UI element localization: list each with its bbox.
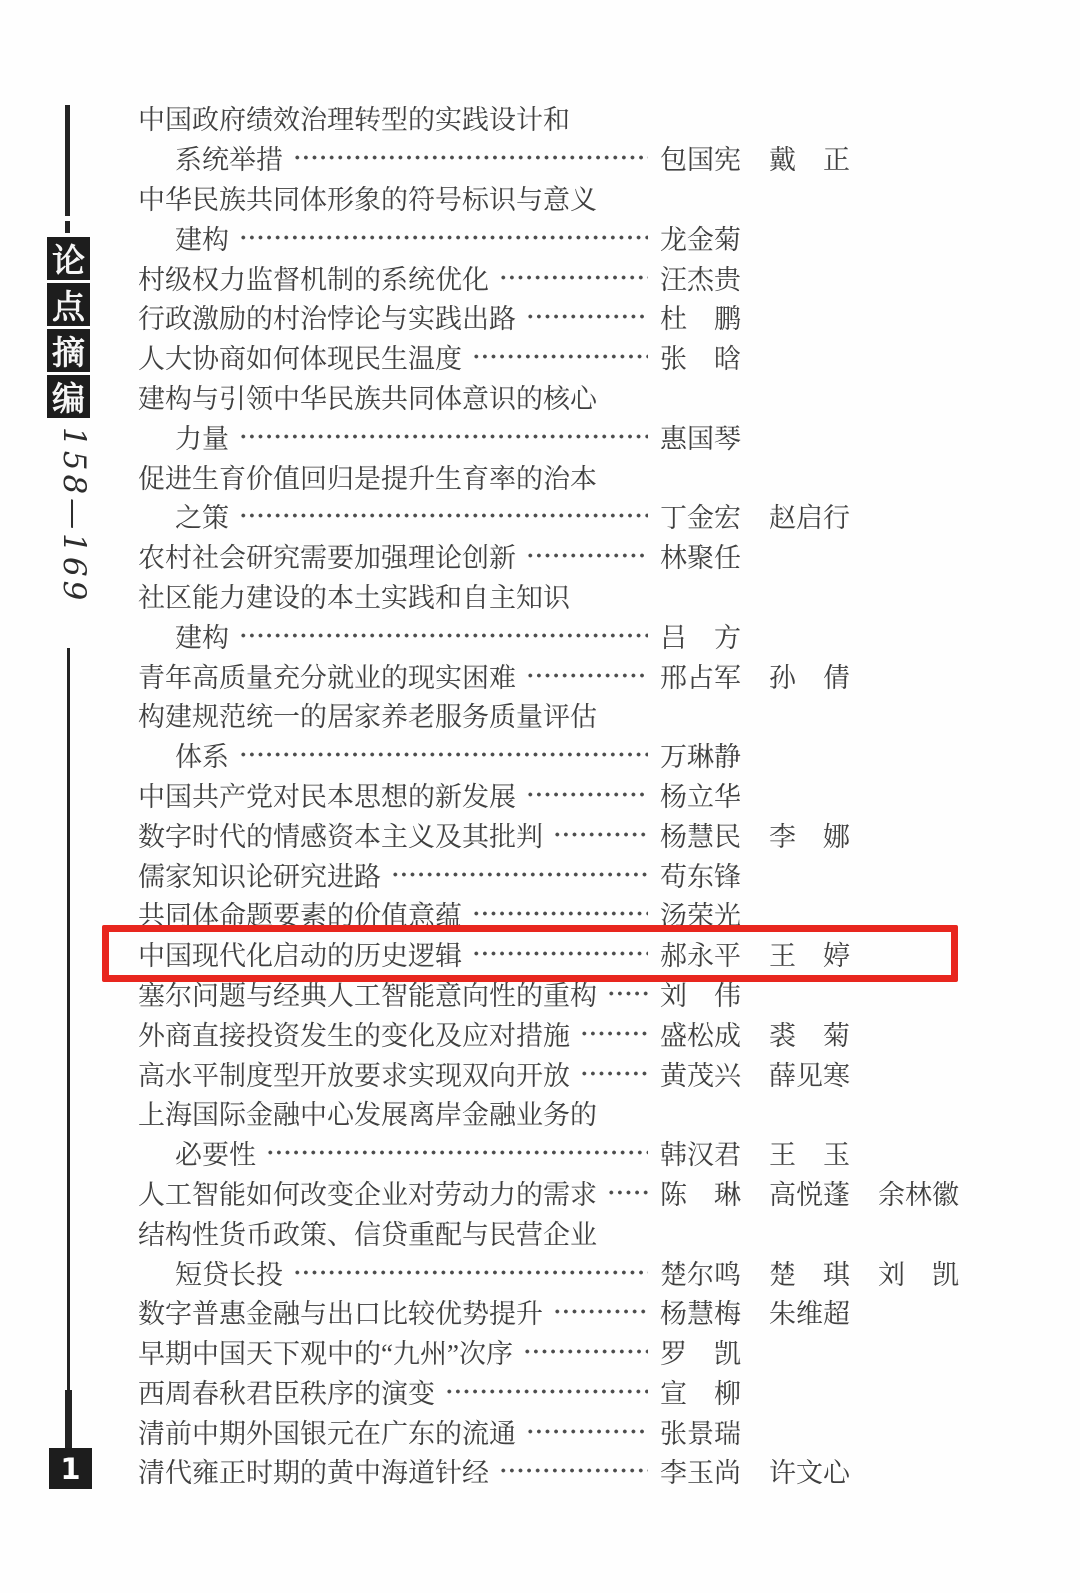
- toc-entry-row: 建构吕 方: [138, 615, 998, 655]
- author-name: 宣 柳: [660, 1372, 741, 1411]
- toc-entry-row: 数字时代的情感资本主义及其批判杨慧民李 娜: [138, 814, 998, 854]
- entry-lead: 建构与引领中华民族共同体意识的核心: [138, 377, 650, 416]
- toc-entry-row: 人工智能如何改变企业对劳动力的需求陈 琳高悦蓬余林徽: [138, 1173, 998, 1213]
- author-name: 楚尔鸣: [660, 1253, 741, 1292]
- author-name: 韩汉君: [660, 1133, 741, 1172]
- entry-authors: 龙金菊: [660, 218, 741, 257]
- toc-entry-row: 外商直接投资发生的变化及应对措施盛松成裘 菊: [138, 1013, 998, 1053]
- toc-entry-row: 体系万琳静: [138, 735, 998, 775]
- entry-authors: 楚尔鸣楚 琪刘 凯: [660, 1253, 959, 1292]
- entry-lead: 农村社会研究需要加强理论创新: [138, 536, 650, 575]
- entry-lead: 行政激励的村治悖论与实践出路: [138, 297, 650, 336]
- sidebar-rule-top-tick: [65, 221, 70, 233]
- entry-title: 建构: [175, 218, 229, 257]
- author-name: 邢占军: [660, 656, 741, 695]
- entry-title: 上海国际金融中心发展离岸金融业务的: [138, 1093, 597, 1132]
- entry-authors: 邢占军孙 倩: [660, 656, 850, 695]
- entry-authors: 刘 伟: [660, 974, 741, 1013]
- dot-leader: [291, 1259, 648, 1286]
- entry-authors: 汪杰贵: [660, 258, 741, 297]
- author-name: 赵启行: [769, 496, 850, 535]
- entry-title: 体系: [175, 735, 229, 774]
- author-name: 陈 琳: [660, 1173, 741, 1212]
- author-name: 刘 凯: [878, 1253, 959, 1292]
- entry-lead: 塞尔问题与经典人工智能意向性的重构: [138, 974, 650, 1013]
- entry-lead: 结构性货币政策、信贷重配与民营企业: [138, 1213, 650, 1252]
- entry-authors: 惠国琴: [660, 417, 741, 456]
- dot-leader: [497, 264, 648, 291]
- dot-leader: [470, 940, 648, 967]
- journal-toc-page: 论点摘编 158—169 1 中国政府绩效治理转型的实践设计和系统举措包国宪戴 …: [0, 0, 1080, 1593]
- entry-title: 数字时代的情感资本主义及其批判: [138, 815, 543, 854]
- entry-lead: 数字普惠金融与出口比较优势提升: [138, 1292, 650, 1331]
- dot-leader: [605, 1179, 648, 1206]
- entry-authors: 杨慧梅朱维超: [660, 1292, 850, 1331]
- author-name: 裘 菊: [769, 1014, 850, 1053]
- toc-entry-row: 清代雍正时期的黄中海道针经李玉尚许文心: [138, 1451, 998, 1491]
- entry-title: 必要性: [175, 1133, 256, 1172]
- author-name: 汪杰贵: [660, 258, 741, 297]
- entry-title: 促进生育价值回归是提升生育率的治本: [138, 457, 597, 496]
- toc-entry-row: 村级权力监督机制的系统优化汪杰贵: [138, 257, 998, 297]
- dot-leader: [237, 423, 648, 450]
- toc-entry-row: 建构与引领中华民族共同体意识的核心: [138, 377, 998, 417]
- toc-entry-row: 上海国际金融中心发展离岸金融业务的: [138, 1093, 998, 1133]
- author-name: 孙 倩: [769, 656, 850, 695]
- entry-title: 构建规范统一的居家养老服务质量评估: [138, 695, 597, 734]
- entry-lead: 清前中期外国银元在广东的流通: [138, 1412, 650, 1451]
- dot-leader: [237, 224, 648, 251]
- entry-lead: 构建规范统一的居家养老服务质量评估: [138, 695, 650, 734]
- entry-title: 村级权力监督机制的系统优化: [138, 258, 489, 297]
- entry-title: 儒家知识论研究进路: [138, 855, 381, 894]
- author-name: 汤荣光: [660, 894, 741, 933]
- dot-leader: [237, 622, 648, 649]
- dot-leader: [605, 980, 648, 1007]
- entry-title: 中国政府绩效治理转型的实践设计和: [138, 98, 570, 137]
- entry-title: 中国现代化启动的历史逻辑: [138, 934, 462, 973]
- entry-title: 塞尔问题与经典人工智能意向性的重构: [138, 974, 597, 1013]
- entry-authors: 林聚任: [660, 536, 741, 575]
- entry-authors: 盛松成裘 菊: [660, 1014, 850, 1053]
- entry-lead: 系统举措: [138, 138, 650, 177]
- sidebar-rule-middle: [67, 648, 70, 1390]
- dot-leader: [264, 1139, 648, 1166]
- dot-leader: [524, 542, 648, 569]
- entry-lead: 建构: [138, 218, 650, 257]
- toc-entry-row: 农村社会研究需要加强理论创新林聚任: [138, 536, 998, 576]
- entry-title: 清代雍正时期的黄中海道针经: [138, 1451, 489, 1490]
- page-number: 1: [60, 1452, 80, 1486]
- entry-title: 人大协商如何体现民生温度: [138, 337, 462, 376]
- entry-title: 社区能力建设的本土实践和自主知识: [138, 576, 570, 615]
- author-name: 杨慧民: [660, 815, 741, 854]
- entry-lead: 儒家知识论研究进路: [138, 855, 650, 894]
- entry-lead: 短贷长投: [138, 1253, 650, 1292]
- toc-entry-row: 促进生育价值回归是提升生育率的治本: [138, 456, 998, 496]
- author-name: 龙金菊: [660, 218, 741, 257]
- entry-authors: 杜 鹏: [660, 297, 741, 336]
- toc-entry-row: 系统举措包国宪戴 正: [138, 138, 998, 178]
- entry-title: 建构与引领中华民族共同体意识的核心: [138, 377, 597, 416]
- entry-title: 早期中国天下观中的“九州”次序: [138, 1332, 513, 1371]
- toc-entry-row: 塞尔问题与经典人工智能意向性的重构刘 伟: [138, 974, 998, 1014]
- entry-authors: 罗 凯: [660, 1332, 741, 1371]
- entry-lead: 青年高质量充分就业的现实困难: [138, 656, 650, 695]
- entry-lead: 中华民族共同体形象的符号标识与意义: [138, 178, 650, 217]
- author-name: 李 娜: [769, 815, 850, 854]
- author-name: 李玉尚: [660, 1451, 741, 1490]
- toc-entry-row: 之策丁金宏赵启行: [138, 496, 998, 536]
- entry-title: 数字普惠金融与出口比较优势提升: [138, 1292, 543, 1331]
- toc-entry-row: 青年高质量充分就业的现实困难邢占军孙 倩: [138, 655, 998, 695]
- toc-entry-row: 人大协商如何体现民生温度张 晗: [138, 337, 998, 377]
- toc-entry-row: 早期中国天下观中的“九州”次序罗 凯: [138, 1332, 998, 1372]
- entry-authors: 包国宪戴 正: [660, 138, 850, 177]
- author-name: 朱维超: [769, 1292, 850, 1331]
- toc-entry-row: 中国政府绩效治理转型的实践设计和: [138, 98, 998, 138]
- entry-title: 中国共产党对民本思想的新发展: [138, 775, 516, 814]
- author-name: 苟东锋: [660, 855, 741, 894]
- author-name: 楚 琪: [769, 1253, 850, 1292]
- toc-entry-row: 中华民族共同体形象的符号标识与意义: [138, 178, 998, 218]
- entry-authors: 陈 琳高悦蓬余林徽: [660, 1173, 959, 1212]
- entry-lead: 促进生育价值回归是提升生育率的治本: [138, 457, 650, 496]
- entry-authors: 张 晗: [660, 337, 741, 376]
- dot-leader: [291, 144, 648, 171]
- entry-lead: 高水平制度型开放要求实现双向开放: [138, 1054, 650, 1093]
- toc-entry-row: 儒家知识论研究进路苟东锋: [138, 854, 998, 894]
- author-name: 张景瑞: [660, 1412, 741, 1451]
- toc-entry-row: 清前中期外国银元在广东的流通张景瑞: [138, 1411, 998, 1451]
- author-name: 吕 方: [660, 616, 741, 655]
- entry-title: 高水平制度型开放要求实现双向开放: [138, 1054, 570, 1093]
- entry-authors: 汤荣光: [660, 894, 741, 933]
- entry-authors: 杨慧民李 娜: [660, 815, 850, 854]
- entry-title: 系统举措: [175, 138, 283, 177]
- author-name: 薛见寒: [769, 1054, 850, 1093]
- dot-leader: [578, 1060, 648, 1087]
- entry-title: 建构: [175, 616, 229, 655]
- toc-entry-row: 短贷长投楚尔鸣楚 琪刘 凯: [138, 1252, 998, 1292]
- author-name: 黄茂兴: [660, 1054, 741, 1093]
- entry-title: 清前中期外国银元在广东的流通: [138, 1412, 516, 1451]
- dot-leader: [470, 900, 648, 927]
- toc-entry-row: 结构性货币政策、信贷重配与民营企业: [138, 1212, 998, 1252]
- entry-title: 力量: [175, 417, 229, 456]
- entry-title: 之策: [175, 496, 229, 535]
- author-name: 张 晗: [660, 337, 741, 376]
- toc-entry-row: 中国共产党对民本思想的新发展杨立华: [138, 775, 998, 815]
- entry-lead: 社区能力建设的本土实践和自主知识: [138, 576, 650, 615]
- author-name: 丁金宏: [660, 496, 741, 535]
- author-name: 刘 伟: [660, 974, 741, 1013]
- author-name: 王 玉: [769, 1133, 850, 1172]
- dot-leader: [237, 502, 648, 529]
- author-name: 罗 凯: [660, 1332, 741, 1371]
- author-name: 杨立华: [660, 775, 741, 814]
- author-name: 许文心: [769, 1451, 850, 1490]
- entry-lead: 村级权力监督机制的系统优化: [138, 258, 650, 297]
- entry-lead: 建构: [138, 616, 650, 655]
- entry-title: 中华民族共同体形象的符号标识与意义: [138, 178, 597, 217]
- author-name: 包国宪: [660, 138, 741, 177]
- entry-lead: 中国共产党对民本思想的新发展: [138, 775, 650, 814]
- author-name: 王 婷: [769, 934, 850, 973]
- toc-entry-row-highlighted: 中国现代化启动的历史逻辑郝永平王 婷: [138, 934, 998, 974]
- section-label-char: 摘: [47, 329, 90, 372]
- entry-authors: 杨立华: [660, 775, 741, 814]
- entry-title: 农村社会研究需要加强理论创新: [138, 536, 516, 575]
- toc-entry-row: 必要性韩汉君王 玉: [138, 1133, 998, 1173]
- toc-entry-row: 西周春秋君臣秩序的演变宣 柳: [138, 1372, 998, 1412]
- author-name: 万琳静: [660, 735, 741, 774]
- author-name: 戴 正: [769, 138, 850, 177]
- entry-authors: 黄茂兴薛见寒: [660, 1054, 850, 1093]
- dot-leader: [497, 1457, 648, 1484]
- entry-authors: 郝永平王 婷: [660, 934, 850, 973]
- author-name: 惠国琴: [660, 417, 741, 456]
- dot-leader: [551, 821, 648, 848]
- section-label-char: 论: [47, 237, 90, 280]
- toc-entry-row: 构建规范统一的居家养老服务质量评估: [138, 695, 998, 735]
- entry-lead: 早期中国天下观中的“九州”次序: [138, 1332, 650, 1371]
- entry-authors: 苟东锋: [660, 855, 741, 894]
- entry-title: 结构性货币政策、信贷重配与民营企业: [138, 1213, 597, 1252]
- entry-title: 短贷长投: [175, 1253, 283, 1292]
- entry-lead: 清代雍正时期的黄中海道针经: [138, 1451, 650, 1490]
- dot-leader: [551, 1298, 648, 1325]
- dot-leader: [237, 741, 648, 768]
- section-label-char: 编: [47, 375, 90, 418]
- entry-lead: 之策: [138, 496, 650, 535]
- author-name: 盛松成: [660, 1014, 741, 1053]
- section-label-char: 点: [47, 283, 90, 326]
- entry-lead: 上海国际金融中心发展离岸金融业务的: [138, 1093, 650, 1132]
- entry-authors: 丁金宏赵启行: [660, 496, 850, 535]
- toc-entry-row: 数字普惠金融与出口比较优势提升杨慧梅朱维超: [138, 1292, 998, 1332]
- entry-authors: 张景瑞: [660, 1412, 741, 1451]
- entry-authors: 宣 柳: [660, 1372, 741, 1411]
- toc-list: 中国政府绩效治理转型的实践设计和系统举措包国宪戴 正中华民族共同体形象的符号标识…: [138, 98, 998, 1491]
- toc-entry-row: 行政激励的村治悖论与实践出路杜 鹏: [138, 297, 998, 337]
- author-name: 高悦蓬: [769, 1173, 850, 1212]
- entry-lead: 中国政府绩效治理转型的实践设计和: [138, 98, 650, 137]
- author-name: 余林徽: [878, 1173, 959, 1212]
- toc-entry-row: 高水平制度型开放要求实现双向开放黄茂兴薛见寒: [138, 1053, 998, 1093]
- author-name: 郝永平: [660, 934, 741, 973]
- entry-authors: 韩汉君王 玉: [660, 1133, 850, 1172]
- entry-title: 人工智能如何改变企业对劳动力的需求: [138, 1173, 597, 1212]
- entry-title: 行政激励的村治悖论与实践出路: [138, 297, 516, 336]
- entry-lead: 人大协商如何体现民生温度: [138, 337, 650, 376]
- dot-leader: [443, 1378, 648, 1405]
- dot-leader: [470, 343, 648, 370]
- dot-leader: [524, 662, 648, 689]
- entry-lead: 共同体命题要素的价值意蕴: [138, 894, 650, 933]
- author-name: 林聚任: [660, 536, 741, 575]
- author-name: 杜 鹏: [660, 297, 741, 336]
- toc-entry-row: 建构龙金菊: [138, 217, 998, 257]
- entry-lead: 外商直接投资发生的变化及应对措施: [138, 1014, 650, 1053]
- entry-authors: 李玉尚许文心: [660, 1451, 850, 1490]
- sidebar-rule-bottom: [65, 1390, 72, 1450]
- dot-leader: [389, 861, 648, 888]
- author-name: 杨慧梅: [660, 1292, 741, 1331]
- entry-lead: 力量: [138, 417, 650, 456]
- entry-title: 青年高质量充分就业的现实困难: [138, 656, 516, 695]
- entry-authors: 吕 方: [660, 616, 741, 655]
- toc-entry-row: 共同体命题要素的价值意蕴汤荣光: [138, 894, 998, 934]
- entry-lead: 必要性: [138, 1133, 650, 1172]
- toc-entry-row: 力量惠国琴: [138, 416, 998, 456]
- dot-leader: [521, 1338, 648, 1365]
- entry-lead: 数字时代的情感资本主义及其批判: [138, 815, 650, 854]
- toc-entry-row: 社区能力建设的本土实践和自主知识: [138, 576, 998, 616]
- dot-leader: [578, 1020, 648, 1047]
- dot-leader: [524, 303, 648, 330]
- page-range: 158—169: [56, 427, 92, 604]
- section-label: 论点摘编: [47, 237, 90, 418]
- entry-lead: 中国现代化启动的历史逻辑: [138, 934, 650, 973]
- entry-lead: 西周春秋君臣秩序的演变: [138, 1372, 650, 1411]
- sidebar-rule-top: [65, 105, 70, 216]
- entry-lead: 人工智能如何改变企业对劳动力的需求: [138, 1173, 650, 1212]
- entry-title: 共同体命题要素的价值意蕴: [138, 894, 462, 933]
- entry-authors: 万琳静: [660, 735, 741, 774]
- entry-title: 外商直接投资发生的变化及应对措施: [138, 1014, 570, 1053]
- dot-leader: [524, 781, 648, 808]
- entry-title: 西周春秋君臣秩序的演变: [138, 1372, 435, 1411]
- entry-lead: 体系: [138, 735, 650, 774]
- dot-leader: [524, 1418, 648, 1445]
- page-number-badge: 1: [49, 1448, 92, 1489]
